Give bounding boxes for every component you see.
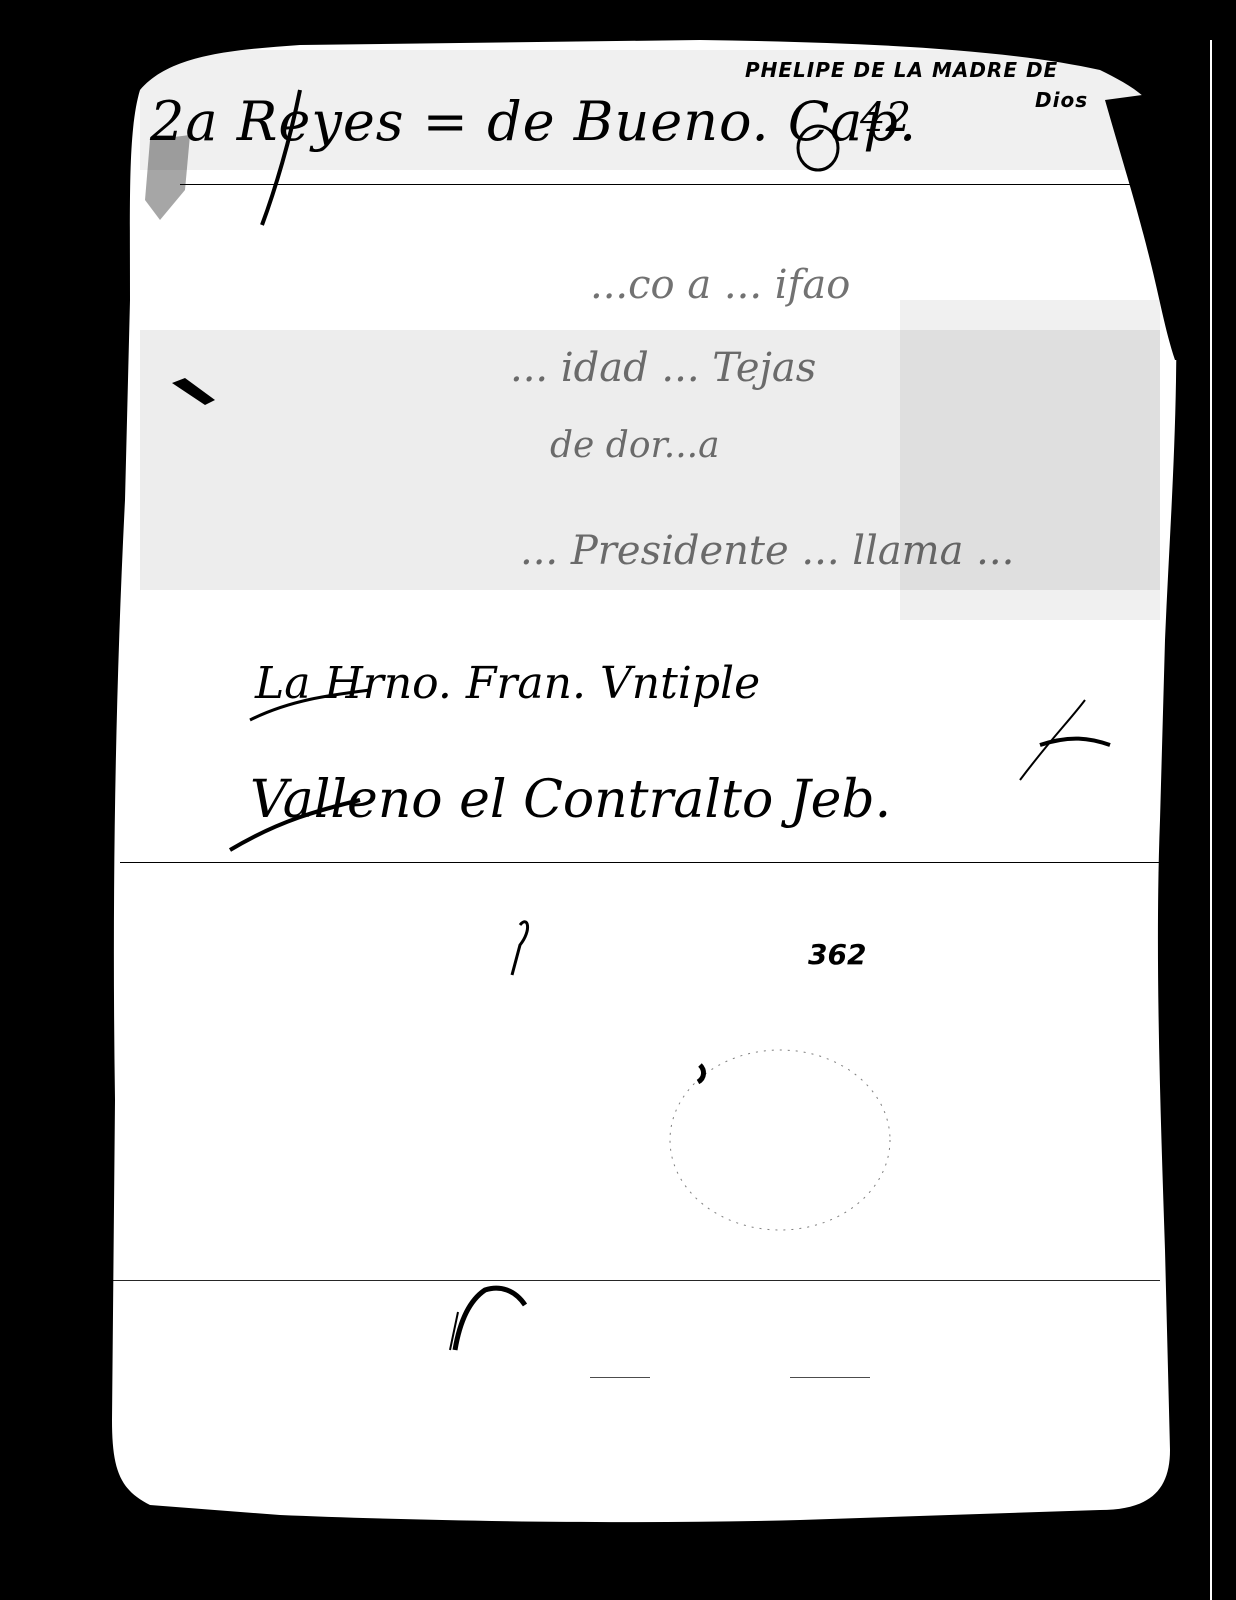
body-line: ... idad ... Tejas [510, 345, 816, 391]
manuscript-page: PHELIPE DE LA MADRE DE Dios 2a Reyes = d… [0, 0, 1236, 1600]
ruled-line [100, 1280, 1160, 1281]
document-title: 2a Reyes = de Bueno. Cap. [150, 90, 917, 153]
scan-edge-line [1210, 40, 1212, 1600]
body-line: ...co a ... ifao [590, 262, 850, 308]
body-line: ... Presidente ... llama ... [520, 528, 1014, 574]
archive-stamp-line1: PHELIPE DE LA MADRE DE [745, 58, 1058, 82]
page-number: 362 [808, 938, 866, 971]
scan-background: PHELIPE DE LA MADRE DE Dios 2a Reyes = d… [0, 0, 1236, 1600]
ruled-line [790, 1377, 870, 1378]
signature-line: Valleno el Contralto Jeb. [250, 770, 891, 830]
folio-mark: 42 [860, 95, 911, 141]
ruled-line [180, 184, 1160, 185]
body-line: de dor...a [550, 425, 720, 466]
archive-stamp-line2: Dios [1035, 88, 1088, 112]
signature-line: La Hrno. Fran. Vntiple [255, 658, 760, 709]
ruled-line [120, 862, 1160, 863]
ruled-line [590, 1377, 650, 1378]
